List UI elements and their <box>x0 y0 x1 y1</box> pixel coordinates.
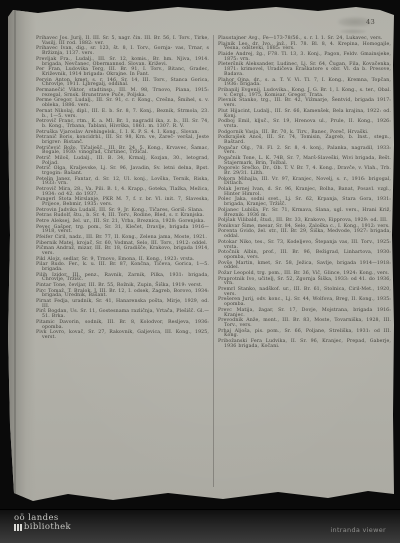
directory-entry: Petrič Olga, Kraljevske, Lj. Sr. 96, Jav… <box>36 167 209 177</box>
column-divider-rule <box>213 35 214 487</box>
intranda-viewer-link[interactable]: intranda viewer <box>330 526 386 534</box>
directory-entry: Plevnik Stanko, trg., III. Br. 42, Vižma… <box>218 99 391 109</box>
directory-entry: Pilar Rudo. Fer., k. u. III. Br. 87, Kon… <box>36 263 209 273</box>
directory-entry: Pernat Nikolaj, dipl., III. E. b. Sr. 8,… <box>36 110 209 120</box>
directory-entry: Plut Hijacint, Ludalj., III. Sr. 66, Kam… <box>218 110 391 120</box>
gutter-fold-line <box>14 5 16 507</box>
directory-entry: Praprotnik Ivo, učitelj, Sr. 52, Zgornja… <box>218 278 391 288</box>
directory-entry: Pivk Lovro, kovač, Sr. 27, Rakovnik, Gal… <box>36 331 209 341</box>
ink-smudge <box>340 29 366 34</box>
directory-entry: Perme Gregor, Ludalj., III. Sr. 91, c. r… <box>36 99 209 109</box>
directory-entry: Prhaj Aljoša, pis. pom., Sr. 66, Poljane… <box>218 330 391 340</box>
directory-entry: Petričević Božo, Tičalješč., III. Br. 24… <box>36 147 209 157</box>
directory-entry: Pirc Tomaž, T. Bralok. J. III. Br. 12, I… <box>36 290 209 300</box>
directory-entry: Prevc Matija, žagar, Sr. 17, Dovje, Mojs… <box>218 309 391 319</box>
directory-column-right: Plaustajner Avg., Fe—173-78/56., s. r. I… <box>218 37 391 350</box>
directory-entry: Pitamic Davorin, sodnik, III. Br. 8, Kol… <box>36 321 209 331</box>
directory-entry: Petranič Boris, koncidrbl., III. Sr. 98,… <box>36 136 209 146</box>
directory-entry: Pogorelc Srečko, Dr., Ob. T. V. Br. 7, 4… <box>218 167 391 177</box>
directory-entry: Pleteršnik Aleksander, Ludinec, Lj. Sr. … <box>218 63 391 77</box>
document-viewer: 43 Prihavec Jos. Jurij, II. III. Sr. 5, … <box>0 0 400 543</box>
directory-column-left: Prihavec Jos. Jurij, II. III. Sr. 5, nag… <box>36 37 209 342</box>
directory-entry: Potokar Niko, tes., Sr. 73, Kodeljevo, Š… <box>218 241 391 251</box>
directory-entry: Polec Jaka, sodni svet., Lj. Sr. 62, Krp… <box>218 198 391 208</box>
logo-bars-icon <box>14 524 22 531</box>
directory-entry: Pervin Anton, kmet, s. r. 146, Sr. 14, I… <box>36 79 209 89</box>
directory-entry: Petelin Janez, Fantar, d. Sr. 12, Ul. ko… <box>36 178 209 188</box>
page-number: 43 <box>366 18 375 26</box>
directory-entry: Per Fran, Ludovika Terg, III. Br. 91, I.… <box>36 68 209 78</box>
directory-entry: Pirš Bogdan, Us. Sr. 11, Gostesnama razl… <box>36 310 209 320</box>
directory-entry: Pokorn Mihajla, III. Vr. 97, Kranjec, No… <box>218 178 391 188</box>
directory-entry: Pičman Andraž, mizar, III. Br. 18, Gradi… <box>36 247 209 257</box>
page-gutter-shadow <box>8 5 36 507</box>
directory-entry: Pungerl Stota Mirslanje, PKR M. 7, f. r.… <box>36 198 209 208</box>
library-logo[interactable]: oö landes bibliothek <box>14 514 71 532</box>
directory-entry: Plajnik Leo. dr. Ivo., inž., Fl. 78. Bl.… <box>218 43 391 53</box>
library-logo-line2: bibliothek <box>24 523 71 532</box>
directory-entry: Poljanec Lubiša, Fr. Sr. 71, Krmava, Sla… <box>218 209 391 219</box>
directory-entry: Potočnik Albin, prof., III. Br. 96, Beži… <box>218 251 391 261</box>
viewer-footer-bar: oö landes bibliothek intranda viewer <box>0 509 400 543</box>
directory-entry: Povše Martin, kmet, Sr. 58, Ježica, Savl… <box>218 262 391 272</box>
directory-entry: Prihavec Ivan, dig., sr. 123, št. 8, I. … <box>36 47 209 57</box>
directory-entry: Petrovič Franc, rtm., K. a. Ml. Br. 1, n… <box>36 120 209 130</box>
directory-entry: Podboj Emil, ključ., Sr. 19, Hrenova ul.… <box>218 120 391 130</box>
directory-entry: Podkrajšek Anoš, III. Sr. 74, Tomisin, Z… <box>218 136 391 146</box>
directory-entry: Pevec Gašper, trg. pom., Sr. 31, Klečet,… <box>36 226 209 236</box>
directory-entry: Prevljak Fra., Ludalj., III. Sr. 12, kom… <box>36 58 209 68</box>
directory-entry: Pogačar Olg., 78. Fl. 2. Sr. 8, 4. konj.… <box>218 147 391 157</box>
directory-entry: Prešeren Jurij, odv. konc., Lj. Sr. 44, … <box>218 298 391 308</box>
scanned-page[interactable]: 43 Prihavec Jos. Jurij, II. III. Sr. 5, … <box>8 5 394 507</box>
directory-entry: Pribožanski Fera Ludvika, II. Sr. 96, Kr… <box>218 340 391 350</box>
directory-entry: Prevodnik Anže, mont., III. Br. 83, Most… <box>218 319 391 329</box>
directory-entry: Plahor Ojna, dr., s. a. T. V. Vi. Tl. 7,… <box>218 79 391 89</box>
directory-entry: Porenta Gvido, žel. str., III. Br. 29, Š… <box>218 230 391 240</box>
directory-entry: Pilih Izidor, III. penz., Ravnik, Zarnik… <box>36 274 209 284</box>
